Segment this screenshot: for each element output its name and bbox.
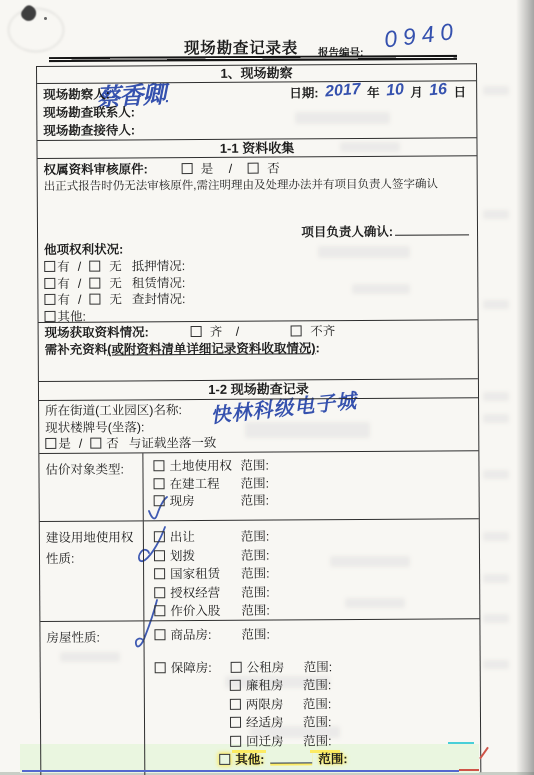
day-suffix: 日 xyxy=(454,85,467,99)
option-under-construction: 在建工程范围: xyxy=(144,474,479,494)
range-label: 范围: xyxy=(240,459,269,473)
range-label: 范围: xyxy=(303,715,332,729)
supplement-row: 需补充资料(或附资料清单详细记录资料收取情况): xyxy=(45,339,472,359)
cyan-line-artifact xyxy=(448,742,474,744)
checkbox-checked xyxy=(154,629,165,640)
option-existing-house: 现房范围: xyxy=(144,491,479,511)
option-low-rent-house: 廉租房范围: xyxy=(145,676,480,696)
signature-blank-line xyxy=(395,222,469,235)
checkbox xyxy=(230,735,241,746)
object-type-options: 土地使用权范围: 在建工程范围: 现房范围: xyxy=(143,451,478,520)
checkbox-checked xyxy=(154,495,165,506)
month-handwritten: 10 xyxy=(385,81,404,100)
checkbox xyxy=(219,754,230,765)
option-authorized-operation: 授权经营范围: xyxy=(144,582,479,603)
checkbox-have xyxy=(44,294,55,305)
other-label: 其他: xyxy=(235,753,264,767)
house-nature-label: 房屋性质: xyxy=(40,621,145,775)
incomplete-label: 不齐 xyxy=(310,324,335,338)
slash: / xyxy=(78,293,82,307)
none-label: 无 xyxy=(109,259,122,273)
range-label: 范围: xyxy=(241,494,270,508)
persons-block: 现场勘察人: 日期: 2017 年 10 月 16 日 现场勘查联系人: 现场勘… xyxy=(37,81,476,141)
land-right-label: 建设用地使用权 性质: xyxy=(40,521,145,621)
yes-label: 是 xyxy=(201,162,214,176)
house-nature-options: 商品房:范围: 保障房:公租房范围: 廉租房范围: 两限房范围: 经适房范围: … xyxy=(144,619,480,775)
materials-status-label: 现场获取资料情况: xyxy=(45,325,149,340)
range-label: 范围: xyxy=(241,567,270,581)
object-type-label: 估价对象类型: xyxy=(39,453,143,521)
survey-form-table: 1、现场勘察 现场勘察人: 日期: 2017 年 10 月 16 日 现场勘查联… xyxy=(36,63,481,775)
checkbox-checked xyxy=(154,531,165,542)
surveyor-label: 现场勘察人: xyxy=(43,88,110,102)
slash: / xyxy=(236,325,240,339)
have-label: 有 xyxy=(57,260,70,274)
checkbox xyxy=(230,717,241,728)
materials-obtained-block: 现场获取资料情况: 齐 / 不齐 需补充资料(或附资料清单详细记录资料收取情况)… xyxy=(39,320,478,382)
colon: : xyxy=(316,341,320,355)
checkbox xyxy=(230,699,241,710)
range-label: 范围: xyxy=(241,585,270,599)
checkbox xyxy=(231,662,242,673)
checkbox-complete xyxy=(190,326,201,337)
option-other-house: 其他:范围: xyxy=(145,749,480,769)
manager-confirm-label: 项目负责人确认: xyxy=(301,225,393,240)
range-label: 范围: xyxy=(304,660,333,674)
supplement-paren: (或附资料清单详细记录资料收取情况) xyxy=(107,341,315,356)
checkbox xyxy=(230,680,241,691)
checkbox-consistent-yes xyxy=(45,438,56,449)
consistent-label: 与证载坐落一致 xyxy=(129,436,217,451)
year-suffix: 年 xyxy=(367,86,380,100)
option-relocation-house: 回迁房范围: xyxy=(145,731,480,751)
seizure-label: 查封情况: xyxy=(132,292,186,306)
report-no-handwritten: 0940 xyxy=(383,18,461,54)
slash: / xyxy=(79,437,83,451)
land-right-options: 出让范围: 划拨范围: 国家租赁范围: 授权经营范围: 作价入股范围: xyxy=(144,519,480,620)
no-label: 否 xyxy=(106,437,119,451)
month-suffix: 月 xyxy=(410,86,423,100)
option-grant: 出让范围: xyxy=(144,526,479,547)
day-handwritten: 16 xyxy=(429,81,448,100)
range-label: 范围: xyxy=(303,679,332,693)
range-label: 范围: xyxy=(303,734,332,748)
other-label: 其他: xyxy=(57,309,86,323)
blue-line-artifact xyxy=(22,770,459,772)
checkbox xyxy=(153,460,164,471)
option-state-lease: 国家租赁范围: xyxy=(144,563,479,584)
option-affordable-house: 经适房范围: xyxy=(145,713,480,733)
option-two-limit-house: 两限房范围: xyxy=(145,694,480,714)
checkbox xyxy=(154,478,165,489)
slash: / xyxy=(78,260,82,274)
checkbox-incomplete xyxy=(291,325,302,336)
complete-label: 齐 xyxy=(210,325,223,339)
no-label: 否 xyxy=(267,162,280,176)
range-label: 范围: xyxy=(241,628,270,642)
checkbox-have xyxy=(44,277,55,288)
checkbox-consistent-no xyxy=(90,438,101,449)
land-right-row: 建设用地使用权 性质: 出让范围: 划拨范围: 国家租赁范围: 授权经营范围: … xyxy=(40,519,480,622)
range-label: 范围: xyxy=(241,476,270,490)
slash: / xyxy=(78,276,82,290)
title-divider-rule xyxy=(49,55,457,62)
have-label: 有 xyxy=(57,276,70,290)
option-security-house: 保障房:公租房范围: xyxy=(145,657,480,677)
checkbox xyxy=(154,587,165,598)
receptionist-label: 现场勘查接待人: xyxy=(43,119,470,140)
checkbox-other xyxy=(44,310,55,321)
checkbox-none xyxy=(89,294,100,305)
security-house-group: 保障房:公租房范围: 廉租房范围: 两限房范围: 经适房范围: 回迁房范围: xyxy=(145,657,481,751)
range-label: 范围: xyxy=(241,530,270,544)
slash: / xyxy=(229,162,233,176)
option-allocation: 划拨范围: xyxy=(144,545,479,566)
checkbox xyxy=(154,606,165,617)
location-block: 所在街道(工业园区)名称: 现状楼牌号(坐落): 是/否与证载坐落一致 xyxy=(39,398,478,454)
ownership-review-label: 权属资料审核原件: xyxy=(44,162,148,177)
blank-underline xyxy=(270,751,312,763)
red-line-artifact xyxy=(459,769,479,771)
checkbox xyxy=(154,550,165,561)
house-nature-row: 房屋性质: 商品房:范围: 保障房:公租房范围: 廉租房范围: 两限房范围: 经… xyxy=(40,619,480,775)
scan-right-shadow xyxy=(516,0,534,775)
option-land-use-right: 土地使用权范围: xyxy=(143,456,478,476)
supplement-label: 需补充资料 xyxy=(45,343,108,357)
date-group: 日期: 2017 年 10 月 16 日 xyxy=(289,83,466,102)
none-label: 无 xyxy=(109,292,122,306)
checkbox-ownership-no xyxy=(248,163,259,174)
consistency-row: 是/否与证载坐落一致 xyxy=(45,433,472,452)
checkbox-ownership-yes xyxy=(181,163,192,174)
range-label: 范围: xyxy=(241,548,270,562)
none-label: 无 xyxy=(109,276,122,290)
page-title: 现场勘查记录表 xyxy=(184,36,298,58)
checkbox-have xyxy=(44,261,55,272)
range-label: 范围: xyxy=(303,697,332,711)
scanned-form-page: 现场勘查记录表 报告编号: 0940 1、现场勘察 现场勘察人: 日期: 201… xyxy=(0,0,534,775)
manager-confirm-row: 项目负责人确认: xyxy=(44,222,471,242)
range-label: 范围: xyxy=(318,752,347,766)
year-handwritten: 2017 xyxy=(324,81,361,102)
option-equity-investment: 作价入股范围: xyxy=(144,601,479,622)
mortgage-label: 抵押情况: xyxy=(132,259,186,273)
checkbox-none xyxy=(89,261,100,272)
object-type-row: 估价对象类型: 土地使用权范围: 在建工程范围: 现房范围: xyxy=(39,451,478,522)
checkbox xyxy=(154,568,165,579)
have-label: 有 xyxy=(57,293,70,307)
ownership-note: 出正式报告时仍无法审核原件,需注明理由及处理办法并有项目负责人签字确认 xyxy=(44,176,471,196)
option-commodity-house: 商品房:范围: xyxy=(144,624,479,644)
lease-label: 租赁情况: xyxy=(132,276,186,290)
data-collection-block: 权属资料审核原件: 是 / 否 出正式报告时仍无法审核原件,需注明理由及处理办法… xyxy=(38,156,478,323)
date-label: 日期: xyxy=(289,86,318,100)
range-label: 范围: xyxy=(241,604,270,618)
yes-label: 是 xyxy=(58,437,71,451)
checkbox xyxy=(155,662,166,673)
checkbox-none xyxy=(89,277,100,288)
